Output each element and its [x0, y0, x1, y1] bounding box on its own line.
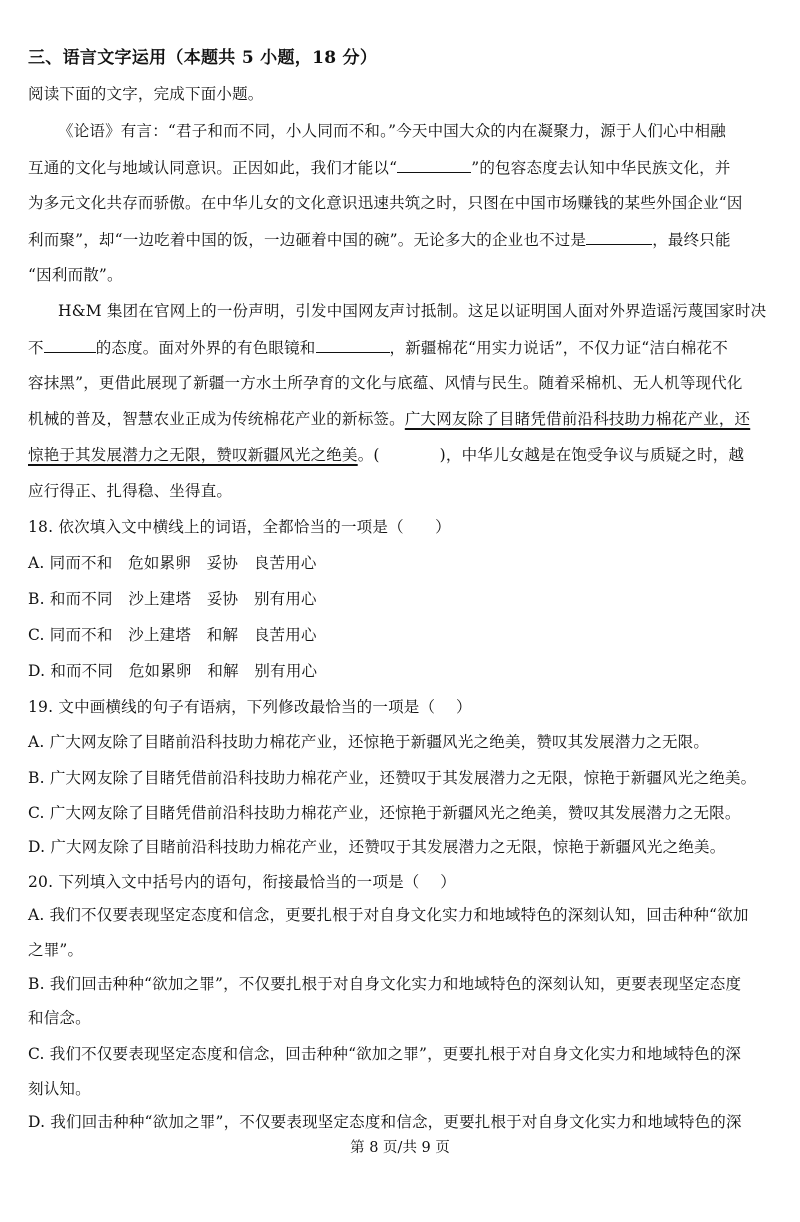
- passage-p2-line4: 机械的普及，智慧农业正成为传统棉花产业的新标签。广大网友除了目睹凭借前沿科技助力…: [28, 409, 772, 429]
- text: ，最终只能: [652, 231, 731, 249]
- section-heading: 三、语言文字运用（本题共 5 小题，18 分）: [28, 48, 772, 68]
- question-19-option-a: A. 广大网友除了目睹前沿科技助力棉花产业，还惊艳于新疆风光之绝美，赞叹其发展潜…: [28, 732, 772, 752]
- question-20-option-a-line1: A. 我们不仅要表现坚定态度和信念，更要扎根于对自身文化实力和地域特色的深刻认知…: [28, 905, 772, 925]
- blank-2: [586, 229, 652, 245]
- question-20-option-a-line2: 之罪”。: [28, 940, 772, 960]
- question-18-option-d: D. 和而不同 危如累卵 和解 别有用心: [28, 661, 772, 681]
- blank-3: [44, 337, 96, 353]
- passage-p1-line2: 互通的文化与地域认同意识。正因如此，我们才能以“”的包容态度去认知中华民族文化，…: [28, 157, 772, 178]
- passage-p2-line1: H&M 集团在官网上的一份声明，引发中国网友声讨抵制。这足以证明国人面对外界造谣…: [58, 301, 772, 321]
- question-20-option-c-line2: 刻认知。: [28, 1079, 772, 1099]
- blank-4: [316, 337, 390, 353]
- question-19-option-b: B. 广大网友除了目睹凭借前沿科技助力棉花产业，还赞叹于其发展潜力之无限，惊艳于…: [28, 768, 772, 788]
- text: 利而聚”，却“一边吃着中国的饭，一边砸着中国的碗”。无论多大的企业也不过是: [28, 231, 586, 249]
- passage-p1-line4: 利而聚”，却“一边吃着中国的饭，一边砸着中国的碗”。无论多大的企业也不过是，最终…: [28, 229, 772, 250]
- question-20-option-b-line2: 和信念。: [28, 1008, 772, 1028]
- text: 不: [28, 339, 44, 357]
- underlined-sentence-part2: 惊艳于其发展潜力之无限，赞叹新疆风光之绝美: [28, 446, 358, 464]
- question-19-option-d: D. 广大网友除了目睹前沿科技助力棉花产业，还赞叹于其发展潜力之无限，惊艳于新疆…: [28, 837, 772, 857]
- text: ，新疆棉花“用实力说话”，不仅力证“洁白棉花不: [390, 339, 728, 357]
- question-19-stem: 19. 文中画横线的句子有语病，下列修改最恰当的一项是（ ）: [28, 697, 772, 717]
- passage-p1-line5: “因利而散”。: [28, 265, 772, 285]
- exam-page: 三、语言文字运用（本题共 5 小题，18 分） 阅读下面的文字，完成下面小题。 …: [0, 0, 800, 1222]
- question-18-option-a: A. 同而不和 危如累卵 妥协 良苦用心: [28, 553, 772, 573]
- passage-p2-line3: 容抹黑”，更借此展现了新疆一方水土所孕育的文化与底蕴、风情与民生。随着采棉机、无…: [28, 373, 772, 393]
- text: 。(: [358, 446, 380, 464]
- underlined-sentence-part1: 广大网友除了目睹凭借前沿科技助力棉花产业，还: [405, 410, 750, 428]
- text: ”的包容态度去认知中华民族文化，并: [471, 159, 730, 177]
- text: )，中华儿女越是在饱受争议与质疑之时，越: [440, 446, 745, 464]
- question-18-stem: 18. 依次填入文中横线上的词语，全都恰当的一项是（ ）: [28, 517, 772, 537]
- question-20-option-b-line1: B. 我们回击种种“欲加之罪”，不仅要扎根于对自身文化实力和地域特色的深刻认知，…: [28, 974, 772, 994]
- text: 机械的普及，智慧农业正成为传统棉花产业的新标签。: [28, 410, 405, 428]
- text: 互通的文化与地域认同意识。正因如此，我们才能以“: [28, 159, 397, 177]
- question-20-option-d-line1: D. 我们回击种种“欲加之罪”，不仅要表现坚定态度和信念，更要扎根于对自身文化实…: [28, 1112, 772, 1132]
- passage-p1-line3: 为多元文化共存而骄傲。在中华儿女的文化意识迅速共筑之时，只图在中国市场赚钱的某些…: [28, 193, 772, 213]
- blank-1: [397, 157, 471, 173]
- question-19-option-c: C. 广大网友除了目睹凭借前沿科技助力棉花产业，还惊艳于新疆风光之绝美，赞叹其发…: [28, 803, 772, 823]
- question-20-option-c-line1: C. 我们不仅要表现坚定态度和信念，回击种种“欲加之罪”，更要扎根于对自身文化实…: [28, 1044, 772, 1064]
- passage-p2-line5: 惊艳于其发展潜力之无限，赞叹新疆风光之绝美。()，中华儿女越是在饱受争议与质疑之…: [28, 445, 772, 465]
- question-20-stem: 20. 下列填入文中括号内的语句，衔接最恰当的一项是（ ）: [28, 872, 772, 892]
- question-18-option-c: C. 同而不和 沙上建塔 和解 良苦用心: [28, 625, 772, 645]
- page-footer: 第 8 页/共 9 页: [0, 1136, 800, 1157]
- text: 的态度。面对外界的有色眼镜和: [96, 339, 316, 357]
- instruction: 阅读下面的文字，完成下面小题。: [28, 84, 772, 104]
- passage-p1-line1: 《论语》有言：“君子和而不同，小人同而不和。”今天中国大众的内在凝聚力，源于人们…: [58, 121, 772, 141]
- passage-p2-line6: 应行得正、扎得稳、坐得直。: [28, 481, 772, 501]
- passage-p2-line2: 不的态度。面对外界的有色眼镜和，新疆棉花“用实力说话”，不仅力证“洁白棉花不: [28, 337, 772, 358]
- question-18-option-b: B. 和而不同 沙上建塔 妥协 别有用心: [28, 589, 772, 609]
